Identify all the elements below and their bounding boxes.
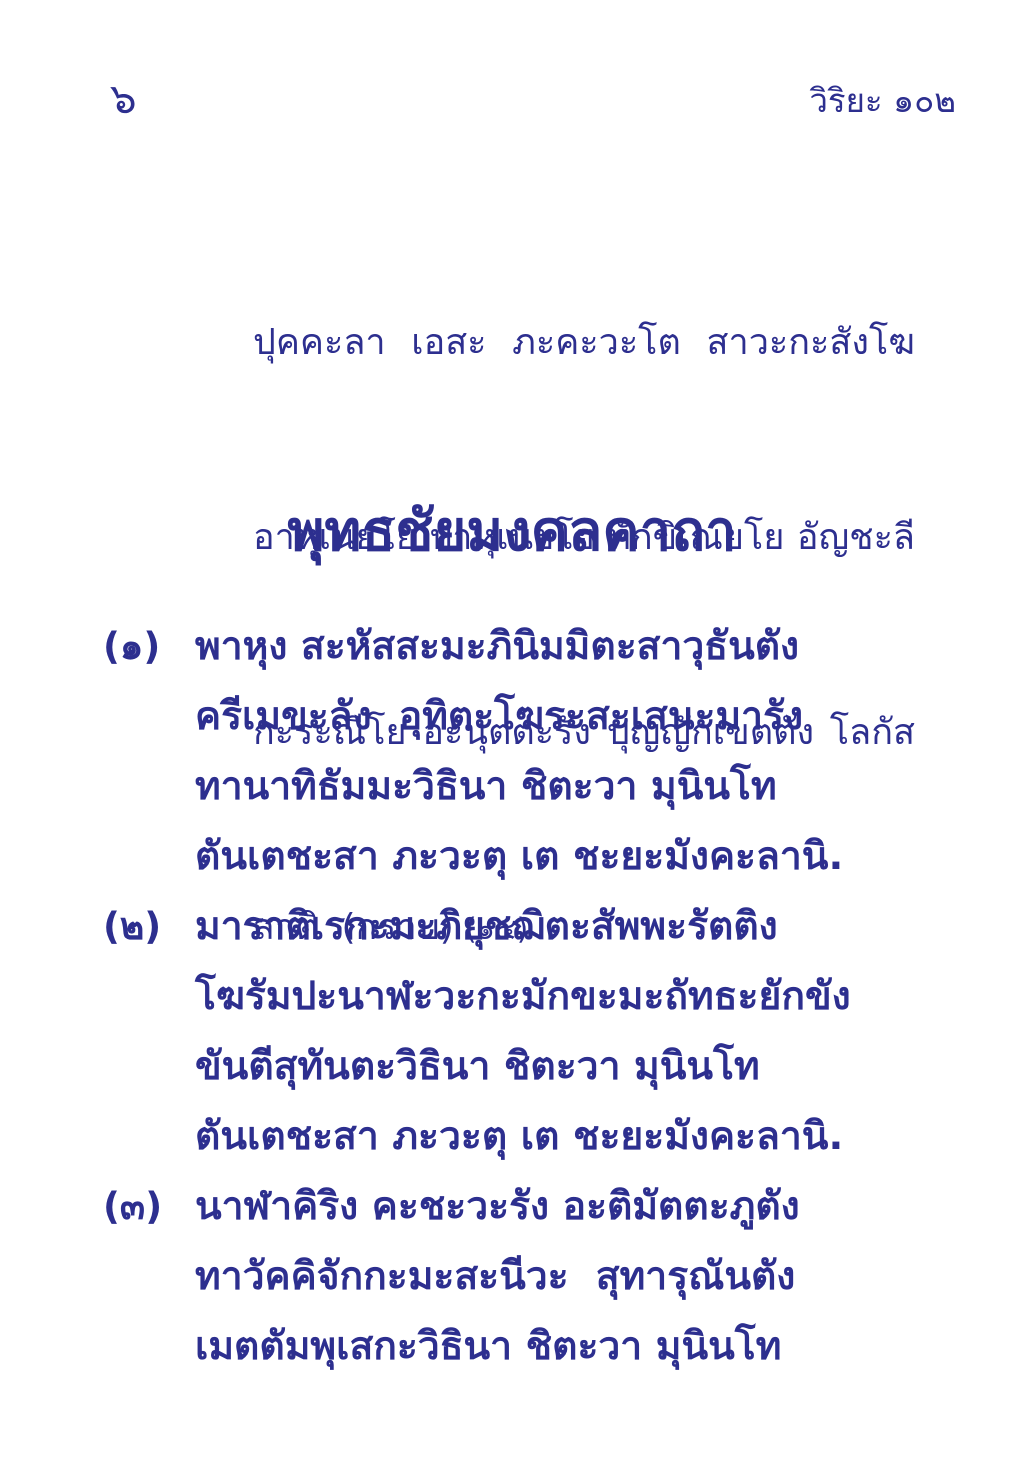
- stanza-line: นาฬาคิริง คะชะวะรัง อะติมัตตะภูตัง: [195, 1172, 955, 1242]
- book-page: ๖ วิริยะ ๑๐๒ ปุคคะลา เอสะ ภะคะวะโต สาวะก…: [0, 0, 1024, 1457]
- stanza-2-number: (๒): [103, 892, 195, 1172]
- stanza-line: ขันตีสุทันตะวิธินา ชิตะวา มุนินโท: [195, 1032, 955, 1102]
- stanza-2-lines: มาราติเรกะมะภิยุชฌิตะสัพพะรัตติง โฆรัมปะ…: [195, 892, 955, 1172]
- section-title: พุทธชัยมงคลคาถา: [0, 498, 1024, 565]
- stanza-line: พาหุง สะหัสสะมะภินิมมิตะสาวุธันตัง: [195, 612, 955, 682]
- page-number: ๖: [110, 76, 137, 122]
- stanza-3: (๓) นาฬาคิริง คะชะวะรัง อะติมัตตะภูตัง ท…: [103, 1172, 955, 1382]
- stanza-2: (๒) มาราติเรกะมะภิยุชฌิตะสัพพะรัตติง โฆร…: [103, 892, 955, 1172]
- stanza-line: ตันเตชะสา ภะวะตุ เต ชะยะมังคะลานิ.: [195, 1102, 955, 1172]
- stanza-line: โฆรัมปะนาฬะวะกะมักขะมะถัทธะยักขัง: [195, 962, 955, 1032]
- stanza-line: ตันเตชะสา ภะวะตุ เต ชะยะมังคะลานิ.: [195, 822, 955, 892]
- stanza-1-lines: พาหุง สะหัสสะมะภินิมมิตะสาวุธันตัง ครีเม…: [195, 612, 955, 892]
- stanza-line: ครีเมขะลัง อุทิตะโฆระสะเสนะมารัง: [195, 682, 955, 752]
- stanza-line: ทาวัคคิจักกะมะสะนีวะ สุทารุณันตัง: [195, 1242, 955, 1312]
- stanza-list: (๑) พาหุง สะหัสสะมะภินิมมิตะสาวุธันตัง ค…: [103, 612, 955, 1382]
- stanza-1: (๑) พาหุง สะหัสสะมะภินิมมิตะสาวุธันตัง ค…: [103, 612, 955, 892]
- stanza-line: ทานาทิธัมมะวิธินา ชิตะวา มุนินโท: [195, 752, 955, 822]
- stanza-3-number: (๓): [103, 1172, 195, 1382]
- running-title: วิริยะ ๑๐๒: [809, 76, 956, 123]
- chant-line: ปุคคะลา เอสะ ภะคะวะโต สาวะกะสังโฆ: [253, 310, 915, 375]
- stanza-1-number: (๑): [103, 612, 195, 892]
- stanza-line: เมตตัมพุเสกะวิธินา ชิตะวา มุนินโท: [195, 1312, 955, 1382]
- stanza-line: มาราติเรกะมะภิยุชฌิตะสัพพะรัตติง: [195, 892, 955, 962]
- page-header: ๖ วิริยะ ๑๐๒: [110, 76, 956, 123]
- stanza-3-lines: นาฬาคิริง คะชะวะรัง อะติมัตตะภูตัง ทาวัค…: [195, 1172, 955, 1382]
